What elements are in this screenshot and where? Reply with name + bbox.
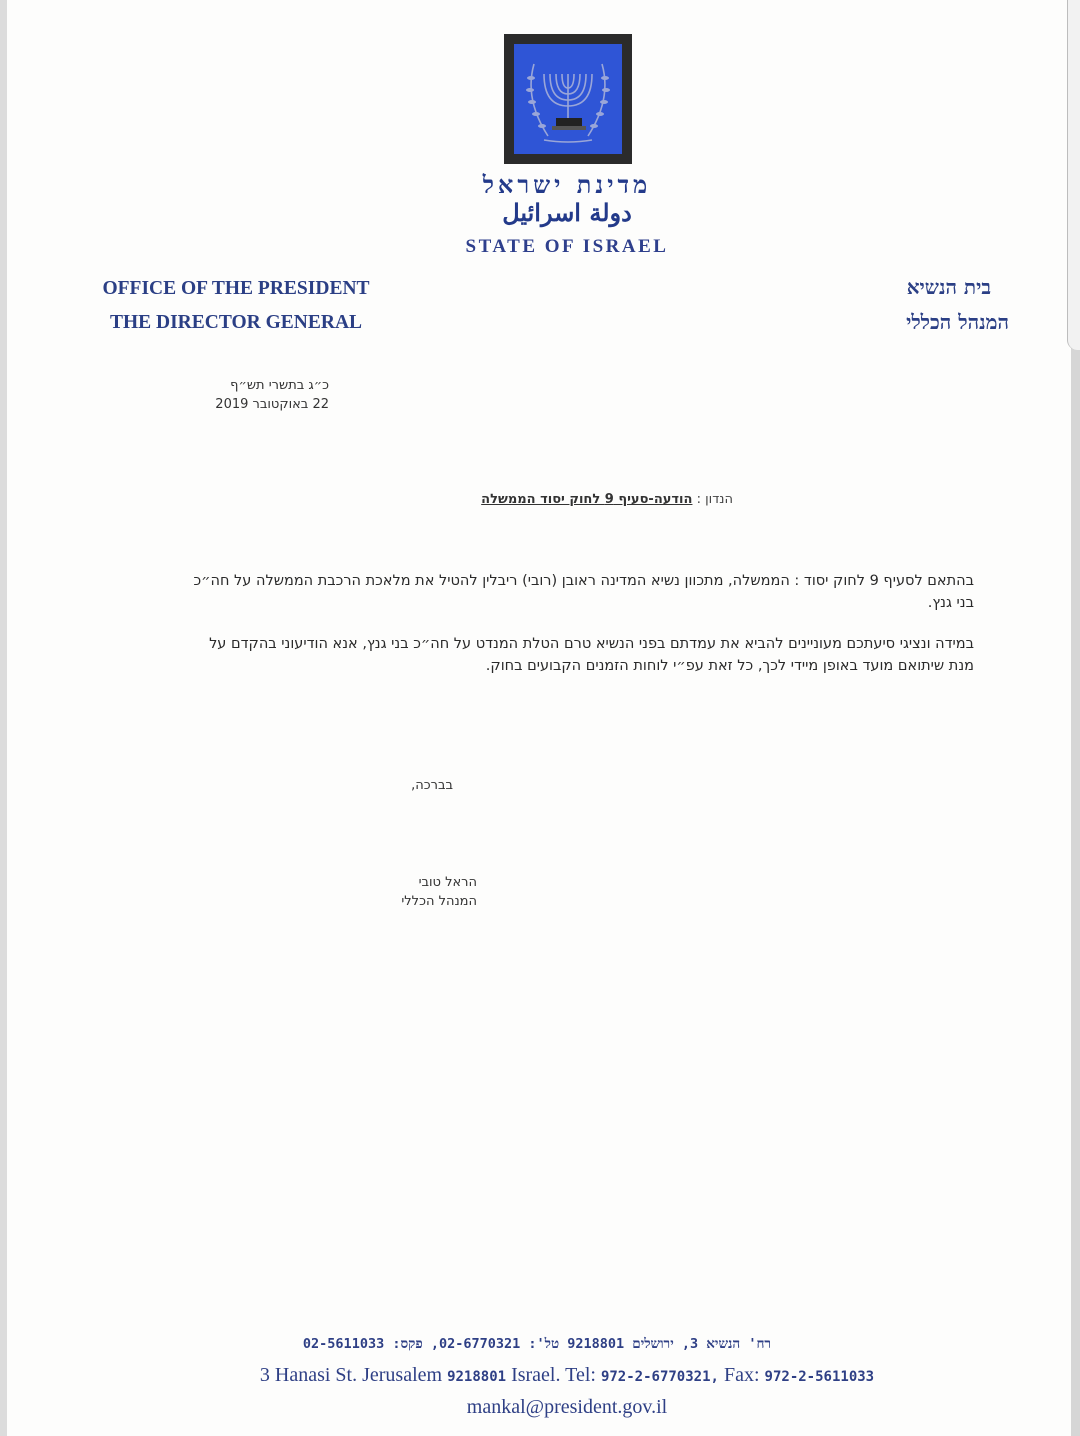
- subject-line: הנדון : הודעה-סעיף 9 לחוק יסוד הממשלה: [397, 492, 733, 507]
- closing: בברכה,: [367, 778, 453, 793]
- subject-label: הנדון :: [697, 492, 733, 507]
- signature-block: הראל טובי המנהל הכללי: [367, 873, 477, 911]
- scroll-handle[interactable]: [1067, 0, 1080, 350]
- title-hebrew: מדינת ישראל: [447, 170, 687, 200]
- title-arabic: دولة اسرائيل: [447, 198, 687, 227]
- body-paragraph-1: בהתאם לסעיף 9 לחוק יסוד : הממשלה, מתכוון…: [192, 570, 974, 614]
- office-english: OFFICE OF THE PRESIDENT THE DIRECTOR GEN…: [95, 272, 377, 340]
- body-paragraph-2: במידה ונציגי סיעתכם מעוניינים להביא את ע…: [192, 633, 974, 677]
- office-hebrew-line1: בית הנשיא: [847, 270, 1009, 305]
- hebrew-date: כ״ג בתשרי תש״ף: [177, 376, 329, 395]
- footer-fax-label: Fax:: [724, 1364, 760, 1386]
- signer-name: הראל טובי: [367, 873, 477, 892]
- footer-email: mankal@president.gov.il: [307, 1396, 827, 1419]
- footer-country-tel: Israel. Tel:: [511, 1364, 596, 1386]
- signer-title: המנהל הכללי: [367, 892, 477, 911]
- gregorian-date: 22 באוקטובר 2019: [177, 395, 329, 414]
- office-english-line2: THE DIRECTOR GENERAL: [95, 306, 377, 340]
- date-block: כ״ג בתשרי תש״ף 22 באוקטובר 2019: [177, 376, 329, 414]
- footer-english-address: 3 Hanasi St. Jerusalem 9218801 Israel. T…: [157, 1364, 977, 1387]
- footer-fax: 972-2-5611033: [765, 1369, 875, 1385]
- office-hebrew-line2: המנהל הכללי: [847, 305, 1009, 340]
- footer-hebrew-address: רח' הנשיא 3, ירושלים 9218801 טל': 02-677…: [207, 1336, 867, 1352]
- footer-postal-code: 9218801: [447, 1369, 506, 1385]
- emblem-of-israel-icon: [504, 34, 632, 164]
- footer-tel: 972-2-6770321,: [601, 1369, 719, 1385]
- menorah-icon: [514, 44, 622, 154]
- office-english-line1: OFFICE OF THE PRESIDENT: [95, 272, 377, 306]
- footer-street: 3 Hanasi St. Jerusalem: [260, 1364, 442, 1386]
- letter-page: מדינת ישראל دولة اسرائيل STATE OF ISRAEL…: [7, 0, 1071, 1436]
- subject-text: הודעה-סעיף 9 לחוק יסוד הממשלה: [481, 492, 692, 507]
- title-english: STATE OF ISRAEL: [447, 236, 687, 258]
- office-hebrew: בית הנשיא המנהל הכללי: [847, 270, 1009, 340]
